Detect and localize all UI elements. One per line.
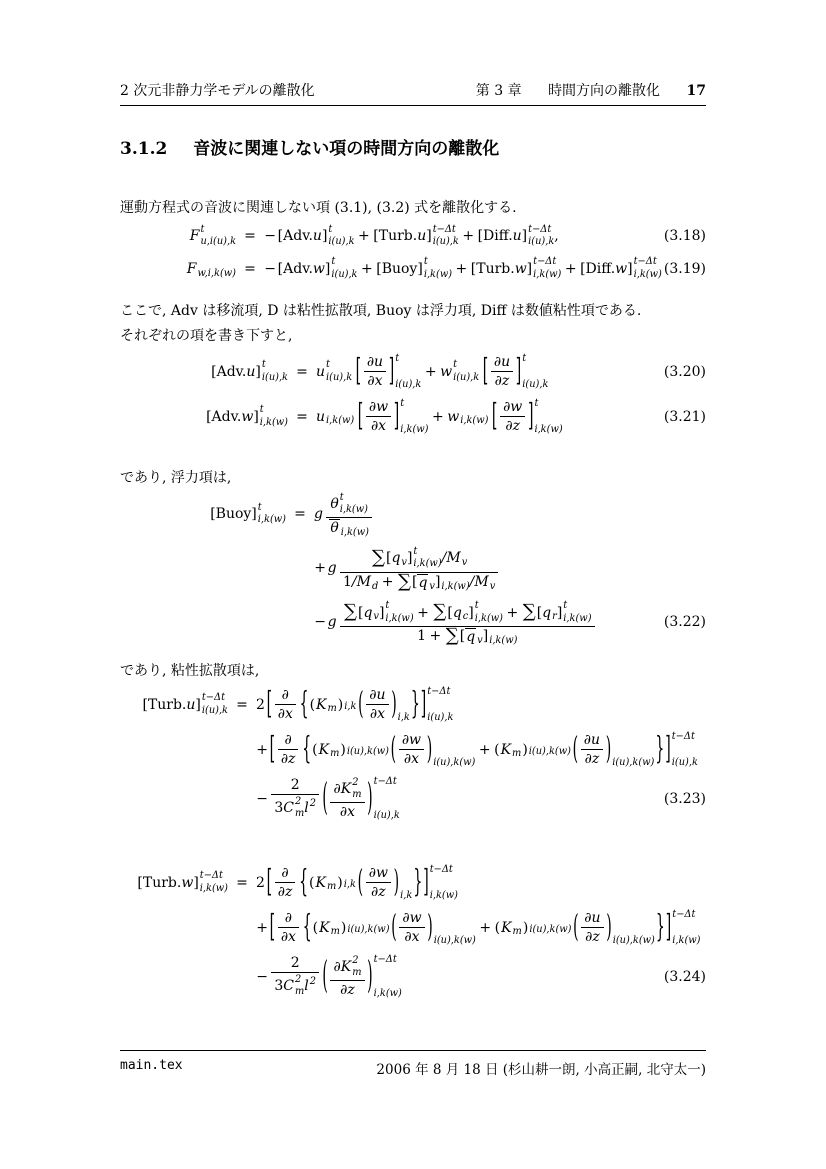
math-operator: + (432, 409, 444, 425)
math-operator: + (256, 742, 268, 758)
math-var: t (522, 353, 526, 364)
math-scripts: ti,k(w) (413, 546, 441, 570)
math-sup: 2 (310, 798, 316, 809)
math-var: F (190, 228, 200, 244)
math-var: v (477, 635, 483, 646)
math-scripted: l2 (304, 800, 316, 816)
math-var: ∂z (495, 373, 510, 389)
equation-rhs: −g∑[qv]ti,k(w)+∑[qc]ti,k(w)+∑[qr]ti,k(w)… (314, 599, 596, 645)
equation-group-advection: [Adv.u]ti(u),k=uti(u),k[∂u∂x]ti(u),k+wti… (120, 349, 706, 439)
equation-number: (3.23) (664, 791, 706, 807)
math-var: v (429, 581, 435, 592)
math-var: K (316, 697, 326, 713)
script-base: [Adv.w] (278, 261, 331, 277)
math-sup: t−Δt (374, 954, 397, 965)
math-operator: + (430, 628, 442, 644)
math-scripts: i,k (344, 697, 356, 713)
math-sup: 2 (310, 976, 316, 987)
header-chapter-title: 時間方向の離散化 (548, 83, 660, 99)
equation-rhs: +g∑[qv]ti,k(w)/Mv1/Md+∑[qv]i,k(w)/Mv (314, 545, 500, 591)
math-scripted: C2m (283, 796, 304, 820)
equation-rhs: −23C2ml2(∂K2m∂z)t−Δti,k(w) (256, 954, 402, 999)
math-var: K (501, 742, 511, 758)
math-scripted: θti,k(w) (330, 492, 368, 516)
math-var: m (331, 926, 340, 937)
sum-symbol: ∑ (433, 604, 446, 620)
math-var: t−Δt (430, 864, 453, 875)
math-text: 2 (291, 955, 300, 971)
close-delimiter: } (655, 732, 664, 767)
math-var: v (373, 611, 379, 622)
math-sub: i,k(w) (563, 613, 591, 625)
math-var: t−Δt (374, 954, 397, 965)
math-sub: i(u),k (326, 372, 352, 384)
group-body: Km (318, 742, 341, 758)
script-base: [Diff.w] (580, 261, 633, 277)
close-delimiter: ) (337, 875, 342, 891)
fraction-denominator: ∂z (275, 883, 296, 901)
math-sub: i,k(w) (430, 890, 458, 901)
group-body: Km (315, 697, 338, 713)
math-scripts: 2m (295, 796, 304, 820)
math-group: [∂∂z{(Km)i,k(∂w∂z)i,k}]t−Δti,k(w) (267, 864, 458, 901)
math-sub: i,k (398, 712, 410, 723)
math-sup: t (326, 359, 330, 371)
math-scripts: i(u),k(w) (347, 742, 389, 758)
fraction-numerator: ∂w (366, 398, 391, 417)
math-group: [∂u∂x]ti(u),k (356, 353, 422, 390)
script-base: [Buoy] (210, 506, 257, 522)
math-sub: u,i(u),k (200, 236, 236, 248)
script-base: [qv] (460, 628, 488, 645)
math-var: v (490, 581, 496, 592)
math-operator: + (462, 228, 474, 244)
math-var: i(u),k (433, 236, 459, 247)
math-sup: t−Δt (200, 870, 223, 882)
script-base: F (187, 261, 197, 277)
script-base: K (319, 742, 329, 758)
fraction-numerator: ∂ (278, 731, 299, 750)
math-sub: i,k(w) (413, 558, 441, 570)
math-sub: i,k(w) (475, 613, 503, 625)
math-scripts: ti,k(w) (258, 502, 286, 526)
math-var: l (304, 978, 308, 994)
math-operator: − (264, 228, 276, 244)
group-body: ∂u∂z (578, 731, 606, 768)
math-text: ] (435, 574, 440, 590)
group-body: ∂∂z{(Km)i(u),k(w)(∂w∂x)i(u),k(w)+(Km)i(u… (275, 731, 665, 768)
math-var: t (262, 359, 266, 370)
math-sub: i,k(w) (400, 424, 428, 435)
math-sup: 2 (295, 796, 301, 808)
open-delimiter: ( (313, 920, 318, 936)
math-var: K (319, 742, 329, 758)
math-var: i,k (344, 701, 356, 712)
math-var: m (513, 926, 522, 937)
math-scripted: [Turb.w]t−Δti,k(w) (137, 870, 228, 894)
math-text: [Turb. (142, 697, 186, 713)
math-var: g (328, 614, 337, 630)
math-scripted: [Diff.u]t−Δti(u),k (478, 224, 555, 248)
math-var: m (295, 986, 304, 997)
math-sub: w,i,k(w) (197, 268, 236, 279)
math-sub: i,k(w) (460, 415, 488, 426)
math-scripts: ti,k(w) (260, 404, 288, 428)
math-var: i,k(w) (341, 527, 369, 538)
equation-row: [Buoy]ti,k(w)=gθti,k(w)θi,k(w) (120, 487, 706, 541)
math-scripted: [Adv.w]ti,k(w) (206, 404, 288, 428)
open-delimiter: ( (358, 865, 363, 900)
fraction-numerator: ∂u (364, 353, 386, 372)
script-base: [Buoy] (376, 261, 423, 277)
math-text: 2 (256, 697, 265, 713)
group-body: ∂u∂x (364, 686, 392, 723)
math-sub: i,k(w) (533, 269, 561, 281)
open-delimiter: ( (312, 742, 317, 758)
script-base: l (304, 978, 308, 994)
close-delimiter: ] (665, 732, 670, 767)
script-base: [Turb.u] (142, 697, 200, 713)
math-scripts: t−Δti(u),k (374, 776, 400, 821)
group-body: (Km)i,k(∂w∂z)i,k (308, 864, 413, 901)
script-base: K (319, 920, 329, 936)
group-body: ∂w∂z (363, 864, 394, 901)
equation-number: (3.21) (664, 409, 706, 425)
equation-row: −g∑[qv]ti,k(w)+∑[qc]ti,k(w)+∑[qr]ti,k(w)… (120, 595, 706, 649)
equation-lhs: [Turb.u]t−Δti(u),k (120, 692, 228, 716)
open-delimiter: { (300, 687, 309, 722)
math-scripted: C2m (283, 974, 304, 998)
math-scripts: 2m (352, 955, 361, 979)
math-var: i,k(w) (400, 424, 428, 435)
math-sub: i,k(w) (424, 269, 452, 281)
math-sub: i(u),k (262, 372, 288, 384)
math-var: t (395, 353, 399, 364)
equation-rhs: +[∂∂x{(Km)i(u),k(w)(∂w∂x)i(u),k(w)+(Km)i… (256, 909, 700, 946)
equation-lhs: [Adv.u]ti(u),k (120, 359, 288, 383)
math-sup: t (262, 359, 266, 371)
math-scripts: t−Δti(u),k (433, 224, 459, 248)
math-sub: m (327, 881, 336, 892)
math-sub: i,k(w) (340, 504, 368, 516)
math-operator: + (565, 261, 577, 277)
math-scripted: [qv]ti,k(w) (386, 546, 442, 570)
math-text: , (554, 228, 558, 244)
math-var: ∂x (340, 804, 355, 820)
open-delimiter: ( (494, 742, 499, 758)
math-fraction: ∂∂x (278, 909, 299, 946)
math-scripts: ti,k(w) (340, 492, 368, 516)
math-var: i(u),k (522, 379, 548, 390)
fraction-denominator: 3C2ml2 (271, 973, 319, 999)
math-var: ∂u (584, 910, 600, 926)
math-sub: m (295, 986, 304, 998)
math-group: (∂u∂z)i(u),k(w) (573, 731, 655, 768)
math-group: (∂u∂x)i,k (358, 686, 410, 723)
math-group: [∂w∂x]ti,k(w) (358, 398, 429, 435)
fraction-numerator: ∑[qv]ti,k(w)+∑[qc]ti,k(w)+∑[qr]ti,k(w) (340, 599, 595, 626)
math-scripted: [Turb.u]t−Δti(u),k (142, 692, 228, 716)
math-var: i(u),k (672, 757, 698, 768)
equation-row: −23C2ml2(∂K2m∂x)t−Δti(u),k(3.23) (120, 772, 706, 825)
math-fraction: ∂u∂z (581, 731, 603, 768)
math-scripted: K2m (341, 955, 362, 979)
math-var: i,k(w) (460, 415, 488, 426)
math-sub: c (463, 611, 469, 622)
math-operator: + (506, 605, 518, 621)
fraction-numerator: ∂u (581, 731, 603, 750)
math-scripts: t−Δti(u),k (202, 692, 228, 716)
math-operator: + (479, 742, 491, 758)
math-var: t (200, 224, 204, 235)
math-sub: i,k(w) (341, 527, 369, 538)
math-sub: i(u),k(w) (529, 746, 571, 757)
math-var: i(u),k(w) (612, 757, 654, 768)
math-var: t−Δt (533, 256, 556, 267)
group-body: ∂u∂z (488, 353, 516, 390)
math-scripts: ti,k(w) (385, 600, 413, 624)
equation-number: (3.19) (664, 261, 706, 277)
math-var: ∂z (505, 418, 520, 434)
math-text: ] (522, 228, 527, 244)
equation-lhs: Ftu,i(u),k (120, 224, 236, 248)
math-text: [Turb. (471, 261, 515, 277)
math-var: t (326, 359, 330, 370)
math-operator: + (382, 574, 394, 590)
math-group: [∂u∂z]ti(u),k (483, 353, 549, 390)
group-body: Km (315, 875, 338, 891)
math-sup: t (413, 546, 417, 558)
math-text: [Diff. (580, 261, 615, 277)
math-text: 2 (256, 875, 265, 891)
math-scripted: qv (391, 550, 407, 566)
open-delimiter: [ (356, 354, 361, 389)
math-sup: t−Δt (634, 256, 657, 268)
math-scripted: [Buoy]ti,k(w) (210, 502, 286, 526)
group-body: Km (500, 742, 523, 758)
script-base: [Turb.w] (137, 875, 198, 891)
fraction-numerator: ∂u (581, 909, 603, 928)
math-group: (Km)i(u),k(w) (494, 742, 571, 758)
math-group: {(Km)i(u),k(w)(∂w∂x)i(u),k(w)+(Km)i(u),k… (302, 731, 664, 768)
math-var: w (181, 875, 193, 891)
math-var: ∂ (281, 865, 288, 881)
math-operator: + (417, 605, 429, 621)
math-sub: v (462, 557, 468, 568)
math-sub: m (352, 789, 361, 801)
header-right: 第 3 章 時間方向の離散化 17 (476, 80, 706, 100)
math-var: m (352, 789, 361, 800)
equals-sign: = (236, 875, 248, 891)
fraction-numerator: ∂K2m (330, 954, 364, 981)
equation-rhs: −[Adv.w]ti(u),k+[Buoy]ti,k(w)+[Turb.w]t−… (264, 256, 662, 280)
open-delimiter: ( (391, 910, 396, 945)
fraction-denominator: ∂x (278, 928, 299, 946)
math-var: ∂x (367, 373, 382, 389)
math-scripts: i(u),k(w) (529, 920, 571, 936)
paragraph-term-definitions-line2: それぞれの項を書き下すと, (120, 324, 706, 349)
math-group: {(Km)i(u),k(w)(∂w∂x)i(u),k(w)+(Km)i(u),k… (303, 909, 665, 946)
math-sub: i(u),k (202, 705, 228, 717)
close-delimiter: ) (367, 777, 372, 820)
math-fraction: 23C2ml2 (271, 776, 319, 821)
math-sub: m (295, 808, 304, 820)
paragraph-intro: 運動方程式の音波に関連しない項 (3.1), (3.2) 式を離散化する. (120, 196, 706, 221)
math-var: t (260, 404, 264, 415)
math-var: i(u),k (326, 372, 352, 383)
math-var: i(u),k(w) (434, 935, 476, 946)
script-base: θ (329, 519, 339, 536)
math-scripts: t−Δti,k(w) (374, 954, 402, 999)
math-scripts: i(u),k(w) (529, 742, 571, 758)
math-var: ∂u (584, 732, 600, 748)
math-sub: i(u),k(w) (347, 924, 389, 935)
math-var: w (241, 409, 253, 425)
close-delimiter: ) (367, 955, 372, 998)
paragraph-term-definitions-line1: ここで, Adv は移流項, D は粘性拡散項, Buoy は浮力項, Diff… (120, 299, 706, 324)
fraction-denominator: ∂z (491, 372, 513, 390)
math-operator: + (314, 560, 326, 576)
math-sub: m (352, 967, 361, 979)
math-sub: v (429, 581, 435, 592)
math-sub: i(u),k(w) (433, 757, 475, 768)
math-var: i(u),k(w) (529, 924, 571, 935)
math-text: ] (557, 605, 562, 621)
math-scripts: t−Δti(u),k (672, 731, 698, 768)
script-base: u (316, 364, 325, 380)
math-var: F (187, 261, 197, 277)
fraction-denominator: 3C2ml2 (271, 795, 319, 821)
equation-row: [Turb.u]t−Δti(u),k=2[∂∂x{(Km)i,k(∂u∂x)i,… (120, 682, 706, 727)
math-var: l (304, 800, 308, 816)
math-scripted: [Adv.u]ti(u),k (211, 359, 288, 383)
math-var: C (283, 800, 294, 816)
math-sub: i(u),k (522, 379, 548, 390)
math-var: ∂ (333, 781, 340, 797)
math-sup: t (534, 398, 538, 409)
sum-symbol: ∑ (344, 604, 357, 620)
math-var: g (328, 560, 337, 576)
math-sup: t (424, 256, 428, 268)
math-var: w (615, 261, 627, 277)
math-var: ∂x (370, 706, 385, 722)
math-var: v (401, 557, 407, 568)
math-scripted: ui,k(w) (316, 409, 354, 425)
math-sup: t−Δt (528, 224, 551, 236)
script-base: [Turb.w] (471, 261, 532, 277)
close-delimiter: ) (427, 732, 432, 767)
equation-number: (3.24) (664, 969, 706, 985)
fraction-numerator: ∂K2m (330, 776, 364, 803)
math-scripts: ti(u),k (326, 359, 352, 383)
math-var: ∂w (369, 399, 388, 415)
math-var: i(u),k (328, 236, 354, 247)
close-delimiter: ] (421, 687, 426, 722)
math-var: ∂z (371, 884, 386, 900)
script-base: [qc] (447, 605, 473, 621)
script-base: C (283, 978, 294, 994)
close-delimiter: ] (666, 910, 671, 945)
group-body: ∂K2m∂z (328, 954, 367, 999)
math-var: 2 (352, 955, 358, 966)
math-group: (Km)i,k (310, 697, 357, 713)
math-group: {(Km)i,k(∂u∂x)i,k} (300, 686, 420, 723)
fraction-numerator: ∂u (491, 353, 513, 372)
equation-group-turbulence-w: [Turb.w]t−Δti,k(w)=2[∂∂z{(Km)i,k(∂w∂z)i,… (120, 860, 706, 1003)
math-text: [Buoy] (376, 261, 423, 277)
math-var: ∂z (340, 982, 355, 998)
math-text: [Adv. (206, 409, 241, 425)
open-delimiter: [ (267, 865, 272, 900)
section-title: 音波に関連しない項の時間方向の離散化 (193, 139, 499, 159)
group-body: Km (318, 920, 341, 936)
math-scripted: [qv]ti,k(w) (358, 600, 414, 624)
close-delimiter: ) (606, 910, 611, 945)
math-var: w (447, 409, 459, 425)
close-delimiter: } (413, 865, 422, 900)
math-var: 2 (352, 777, 358, 788)
math-scripted: qv (417, 574, 435, 591)
equals-sign: = (244, 261, 256, 277)
math-sup: t−Δt (202, 692, 225, 704)
fraction-denominator: ∂z (366, 883, 391, 901)
math-scripted: Fw,i,k(w) (187, 261, 236, 277)
math-fraction: ∂u∂z (491, 353, 513, 390)
math-var: v (462, 557, 468, 568)
math-fraction: ∂w∂x (399, 731, 424, 768)
math-var: w (440, 364, 452, 380)
math-sub: v (373, 611, 379, 622)
math-var: ∂ (282, 687, 289, 703)
math-scripts: ti,k(w) (400, 398, 428, 435)
math-sup: t (340, 492, 344, 504)
math-scripted: Mv (446, 550, 467, 566)
script-base: M (446, 550, 460, 566)
math-var: t (453, 359, 457, 370)
math-var: 2 (295, 974, 301, 985)
math-var: u (513, 228, 522, 244)
math-scripts: ti(u),k (522, 353, 548, 390)
sum-symbol: ∑ (372, 550, 385, 566)
math-scripted: Mv (474, 574, 495, 590)
fraction-numerator: ∂ (275, 864, 296, 883)
math-var: t−Δt (200, 870, 223, 881)
math-scripts: t−Δti(u),k (427, 686, 453, 723)
equation-group-buoyancy: [Buoy]ti,k(w)=gθti,k(w)θi,k(w)+g∑[qv]ti,… (120, 487, 706, 649)
close-delimiter: } (411, 687, 420, 722)
script-base: l (304, 800, 308, 816)
group-body: Km (500, 920, 523, 936)
close-delimiter: ) (391, 687, 396, 722)
math-sup: t (331, 256, 335, 268)
math-var: K (501, 920, 511, 936)
script-base: K (341, 781, 351, 797)
math-var: i,k (400, 890, 412, 901)
fraction-denominator: ∂z (500, 417, 525, 435)
fraction-denominator: 1+∑[qv]i,k(w) (340, 627, 595, 646)
group-body: (Km)i(u),k(w)(∂w∂x)i(u),k(w)+(Km)i(u),k(… (311, 731, 655, 768)
equals-sign: = (296, 364, 308, 380)
math-sub: i,k(w) (489, 635, 517, 646)
document-page: 2 次元非静力学モデルの離散化 第 3 章 時間方向の離散化 17 3.1.2 … (0, 0, 826, 1169)
group-body: ∂∂z{(Km)i,k(∂w∂z)i,k} (272, 864, 423, 901)
math-scripts: 2m (295, 974, 304, 998)
math-sub: i,k(w) (258, 514, 286, 526)
math-var: t (340, 492, 344, 503)
fraction-numerator: 2 (271, 954, 319, 973)
fraction-denominator: ∂x (399, 928, 424, 946)
math-fraction: ∂K2m∂x (330, 776, 364, 821)
